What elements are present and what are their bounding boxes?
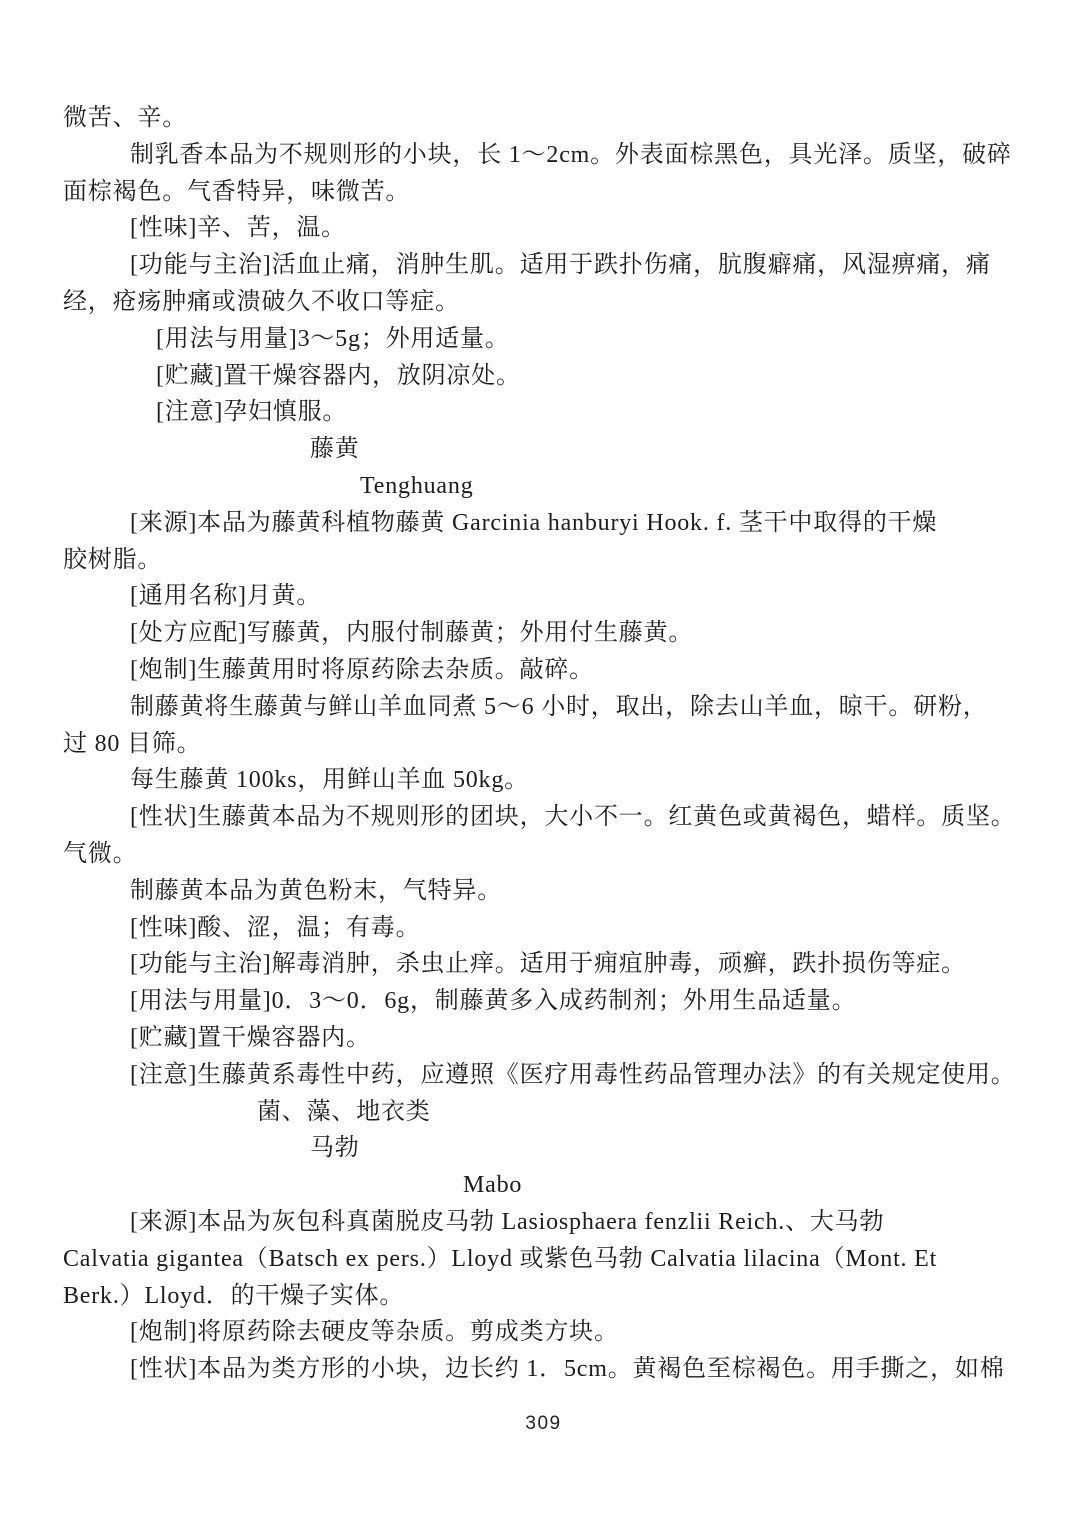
text-line: [通用名称]月黄。 — [130, 578, 1048, 615]
text-line: 面棕褐色。气香特异，味微苦。 — [63, 174, 1048, 211]
text-line: [注意]孕妇慎服。 — [156, 394, 1048, 431]
text-line: 微苦、辛。 — [63, 100, 1048, 137]
section-title-tenghuang-pinyin: Tenghuang — [360, 468, 1048, 505]
text-line: [注意]生藤黄系毒性中药，应遵照《医疗用毒性药品管理办法》的有关规定使用。 — [130, 1057, 1048, 1094]
text-line: [贮藏]置干燥容器内。 — [130, 1020, 1048, 1057]
text-line: [炮制]生藤黄用时将原药除去杂质。敲碎。 — [130, 652, 1048, 689]
text-line: [功能与主治]解毒消肿，杀虫止痒。适用于痈疽肿毒，顽癣，跌扑损伤等症。 — [130, 946, 1048, 983]
text-line: [性味]辛、苦，温。 — [130, 210, 1048, 247]
text-line: [来源]本品为藤黄科植物藤黄 Garcinia hanburyi Hook. f… — [130, 505, 1048, 542]
text-line: [性味]酸、涩，温；有毒。 — [130, 910, 1048, 947]
text-line: [用法与用量]3～5g；外用适量。 — [156, 321, 1048, 358]
text-line: [用法与用量]0．3～0．6g，制藤黄多入成药制剂；外用生品适量。 — [130, 983, 1048, 1020]
text-line: 制乳香本品为不规则形的小块，长 1～2cm。外表面棕黑色，具光泽。质坚，破碎 — [130, 137, 1048, 174]
text-line: [处方应配]写藤黄，内服付制藤黄；外用付生藤黄。 — [130, 615, 1048, 652]
text-line: 每生藤黄 100ks，用鲜山羊血 50kg。 — [130, 762, 1048, 799]
text-line: 气微。 — [63, 836, 1048, 873]
text-line: 胶树脂。 — [63, 542, 1048, 579]
category-heading-fungi-algae-lichen: 菌、藻、地衣类 — [257, 1094, 1048, 1131]
text-line: 过 80 目筛。 — [63, 726, 1048, 763]
text-line: 制藤黄将生藤黄与鲜山羊血同煮 5～6 小时，取出，除去山羊血，晾干。研粉， — [130, 689, 1048, 726]
document-lines: 微苦、辛。制乳香本品为不规则形的小块，长 1～2cm。外表面棕黑色，具光泽。质坚… — [63, 100, 1048, 1388]
section-title-tenghuang-zh: 藤黄 — [310, 431, 1048, 468]
text-line: Calvatia gigantea（Batsch ex pers.）Lloyd … — [63, 1241, 1048, 1278]
text-line: 制藤黄本品为黄色粉末，气特异。 — [130, 873, 1048, 910]
text-line: [贮藏]置干燥容器内，放阴凉处。 — [156, 358, 1048, 395]
text-line: [性状]本品为类方形的小块，边长约 1．5cm。黄褐色至棕褐色。用手撕之，如棉 — [130, 1351, 1048, 1388]
section-title-mabo-zh: 马勃 — [310, 1130, 1048, 1167]
page-number: 309 — [0, 1413, 1087, 1435]
text-line: [性状]生藤黄本品为不规则形的团块，大小不一。红黄色或黄褐色，蜡样。质坚。 — [130, 799, 1048, 836]
text-line: Berk.）Lloyd．的干燥子实体。 — [63, 1278, 1048, 1315]
text-line: [炮制]将原药除去硬皮等杂质。剪成类方块。 — [130, 1314, 1048, 1351]
text-line: [来源]本品为灰包科真菌脱皮马勃 Lasiosphaera fenzlii Re… — [130, 1204, 1048, 1241]
text-line: [功能与主治]活血止痛，消肿生肌。适用于跌扑伤痛，肮腹癖痛，风湿痹痛，痛 — [130, 247, 1048, 284]
document-page: 微苦、辛。制乳香本品为不规则形的小块，长 1～2cm。外表面棕黑色，具光泽。质坚… — [0, 0, 1087, 1536]
text-line: 经，疮疡肿痛或溃破久不收口等症。 — [63, 284, 1048, 321]
section-title-mabo-pinyin: Mabo — [463, 1167, 1048, 1204]
